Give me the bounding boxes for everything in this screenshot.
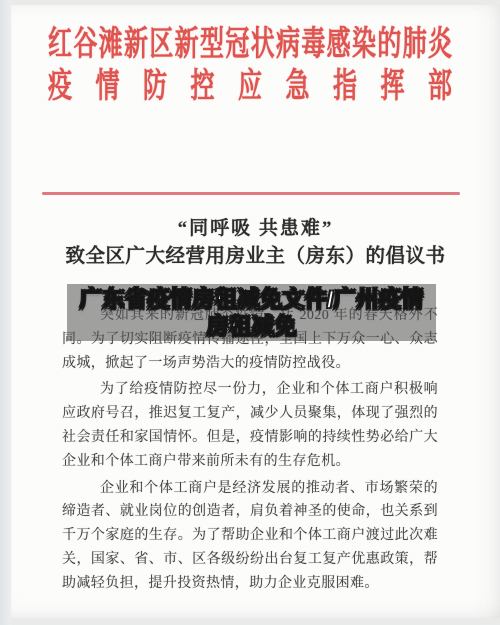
document-main-title: 致全区广大经营用房业主（房东）的倡议书 [11, 240, 500, 268]
caption-line1: 广东省疫情房租减免文件/广州疫情 [80, 286, 424, 313]
caption-line2: 房租减免 [206, 313, 296, 340]
document-page: 红谷滩新区新型冠状病毒感染的肺炎 疫情防控应急指挥部 “同呼吸 共患难” 致全区… [11, 5, 500, 618]
document-slogan-title: “同呼吸 共患难” [11, 213, 500, 240]
body-paragraph-3: 企业和个体工商户是经济发展的推动者、市场繁荣的缔造者、就业岗位的创造者，肩负着神… [62, 477, 438, 596]
red-header-line1: 红谷滩新区新型冠状病毒感染的肺炎 [48, 25, 452, 65]
red-divider-rule [42, 192, 460, 195]
caption-overlay: 广东省疫情房租减免文件/广州疫情 房租减免 [67, 284, 436, 341]
red-header-line2: 疫情防控应急指挥部 [48, 67, 452, 107]
body-paragraph-2: 为了给疫情防控尽一份力，企业和个体工商户积极响应政府号召，推迟复工复产，减少人员… [62, 378, 438, 473]
photo-edge-strip [0, 0, 11, 625]
document-body: 突如其来的新冠肺炎疫情，让 2020 年的春天格外不同。为了切实阻断疫情传播途径… [62, 304, 438, 599]
